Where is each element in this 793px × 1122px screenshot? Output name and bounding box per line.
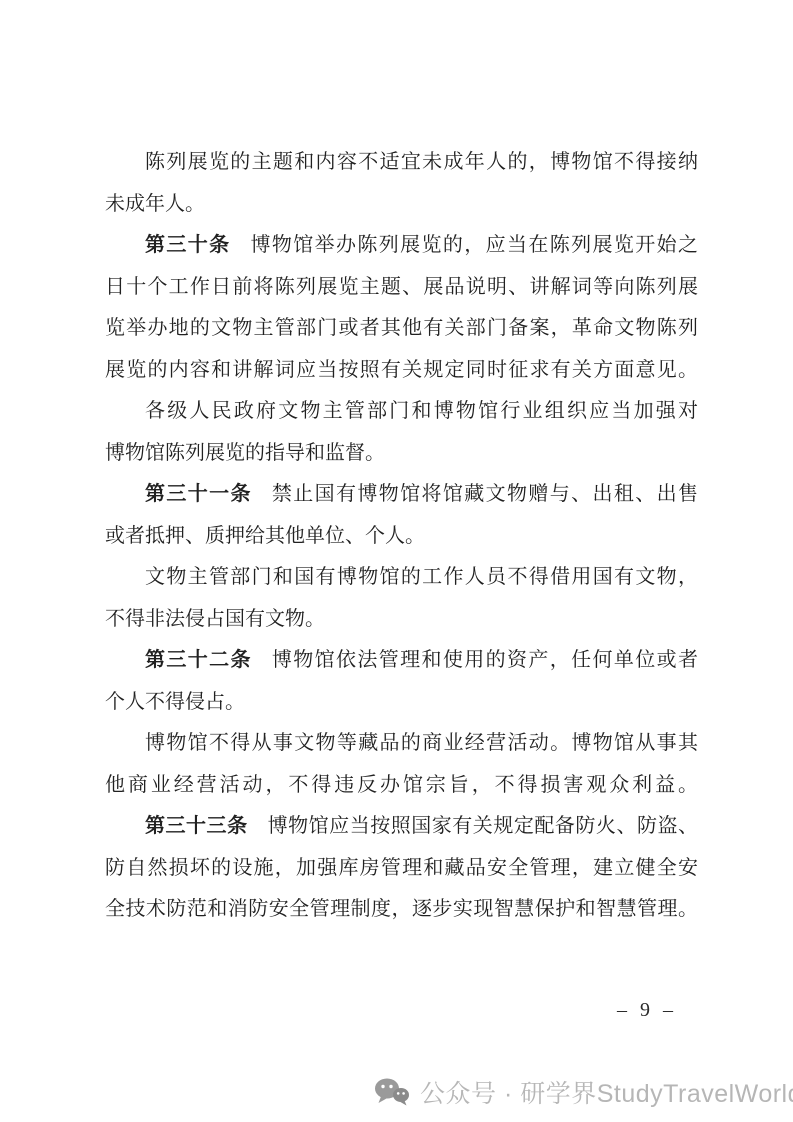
paragraph-line: 第三十三条博物馆应当按照国家有关规定配备防火、防盗、 xyxy=(105,806,698,848)
paragraph-line: 各级人民政府文物主管部门和博物馆行业组织应当加强对 xyxy=(105,391,698,433)
paragraph-line: 博物馆不得从事文物等藏品的商业经营活动。博物馆从事其 xyxy=(105,723,698,765)
document-body: 陈列展览的主题和内容不适宜未成年人的，博物馆不得接纳 未成年人。 第三十条博物馆… xyxy=(105,142,698,931)
line-text: 博物馆举办陈列展览的，应当在陈列展览开始之 xyxy=(251,234,699,256)
line-text: 个人不得侵占。 xyxy=(105,691,245,713)
line-text: 各级人民政府文物主管部门和博物馆行业组织应当加强对 xyxy=(145,400,698,422)
paragraph-line: 他商业经营活动，不得违反办馆宗旨，不得损害观众利益。 xyxy=(105,765,698,807)
paragraph-line: 第三十条博物馆举办陈列展览的，应当在陈列展览开始之 xyxy=(105,225,698,267)
article-number: 第三十二条 xyxy=(145,649,252,671)
paragraph-line: 博物馆陈列展览的指导和监督。 xyxy=(105,433,698,475)
watermark-footer: 公众号 · 研学界StudyTravelWorld xyxy=(374,1072,793,1112)
line-text: 日十个工作日前将陈列展览主题、展品说明、讲解词等向陈列展 xyxy=(105,276,698,298)
paragraph-line: 展览的内容和讲解词应当按照有关规定同时征求有关方面意见。 xyxy=(105,350,698,392)
line-text: 全技术防范和消防安全管理制度，逐步实现智慧保护和智慧管理。 xyxy=(105,898,698,920)
line-text: 他商业经营活动，不得违反办馆宗旨，不得损害观众利益。 xyxy=(105,774,698,796)
paragraph-line: 第三十一条禁止国有博物馆将馆藏文物赠与、出租、出售 xyxy=(105,474,698,516)
line-text: 览举办地的文物主管部门或者其他有关部门备案，革命文物陈列 xyxy=(105,317,698,339)
paragraph-line: 陈列展览的主题和内容不适宜未成年人的，博物馆不得接纳 xyxy=(105,142,698,184)
page-number: – 9 – xyxy=(617,999,677,1022)
wechat-icon xyxy=(374,1077,410,1107)
paragraph-line: 第三十二条博物馆依法管理和使用的资产，任何单位或者 xyxy=(105,640,698,682)
paragraph-line: 览举办地的文物主管部门或者其他有关部门备案，革命文物陈列 xyxy=(105,308,698,350)
line-text: 博物馆陈列展览的指导和监督。 xyxy=(105,442,385,464)
line-text: 防自然损坏的设施，加强库房管理和藏品安全管理，建立健全安 xyxy=(105,857,698,879)
paragraph-line: 未成年人。 xyxy=(105,184,698,226)
line-text: 或者抵押、质押给其他单位、个人。 xyxy=(105,525,425,547)
article-number: 第三十三条 xyxy=(145,815,248,837)
line-text: 博物馆应当按照国家有关规定配备防火、防盗、 xyxy=(268,815,698,837)
line-text: 博物馆依法管理和使用的资产，任何单位或者 xyxy=(272,649,698,671)
document-page: 陈列展览的主题和内容不适宜未成年人的，博物馆不得接纳 未成年人。 第三十条博物馆… xyxy=(0,0,793,1122)
line-text: 不得非法侵占国有文物。 xyxy=(105,608,325,630)
watermark-text: 公众号 · 研学界StudyTravelWorld xyxy=(420,1074,793,1110)
paragraph-line: 文物主管部门和国有博物馆的工作人员不得借用国有文物， xyxy=(105,557,698,599)
paragraph-line: 或者抵押、质押给其他单位、个人。 xyxy=(105,516,698,558)
line-text: 展览的内容和讲解词应当按照有关规定同时征求有关方面意见。 xyxy=(105,359,698,381)
paragraph-line: 个人不得侵占。 xyxy=(105,682,698,724)
paragraph-line: 防自然损坏的设施，加强库房管理和藏品安全管理，建立健全安 xyxy=(105,848,698,890)
line-text: 文物主管部门和国有博物馆的工作人员不得借用国有文物， xyxy=(145,566,698,588)
paragraph-line: 日十个工作日前将陈列展览主题、展品说明、讲解词等向陈列展 xyxy=(105,267,698,309)
article-number: 第三十一条 xyxy=(145,483,252,505)
line-text: 博物馆不得从事文物等藏品的商业经营活动。博物馆从事其 xyxy=(145,732,698,754)
line-text: 未成年人。 xyxy=(105,193,205,215)
line-text: 禁止国有博物馆将馆藏文物赠与、出租、出售 xyxy=(272,483,698,505)
line-text: 陈列展览的主题和内容不适宜未成年人的，博物馆不得接纳 xyxy=(145,151,698,173)
paragraph-line: 全技术防范和消防安全管理制度，逐步实现智慧保护和智慧管理。 xyxy=(105,889,698,931)
article-number: 第三十条 xyxy=(145,234,231,256)
paragraph-line: 不得非法侵占国有文物。 xyxy=(105,599,698,641)
